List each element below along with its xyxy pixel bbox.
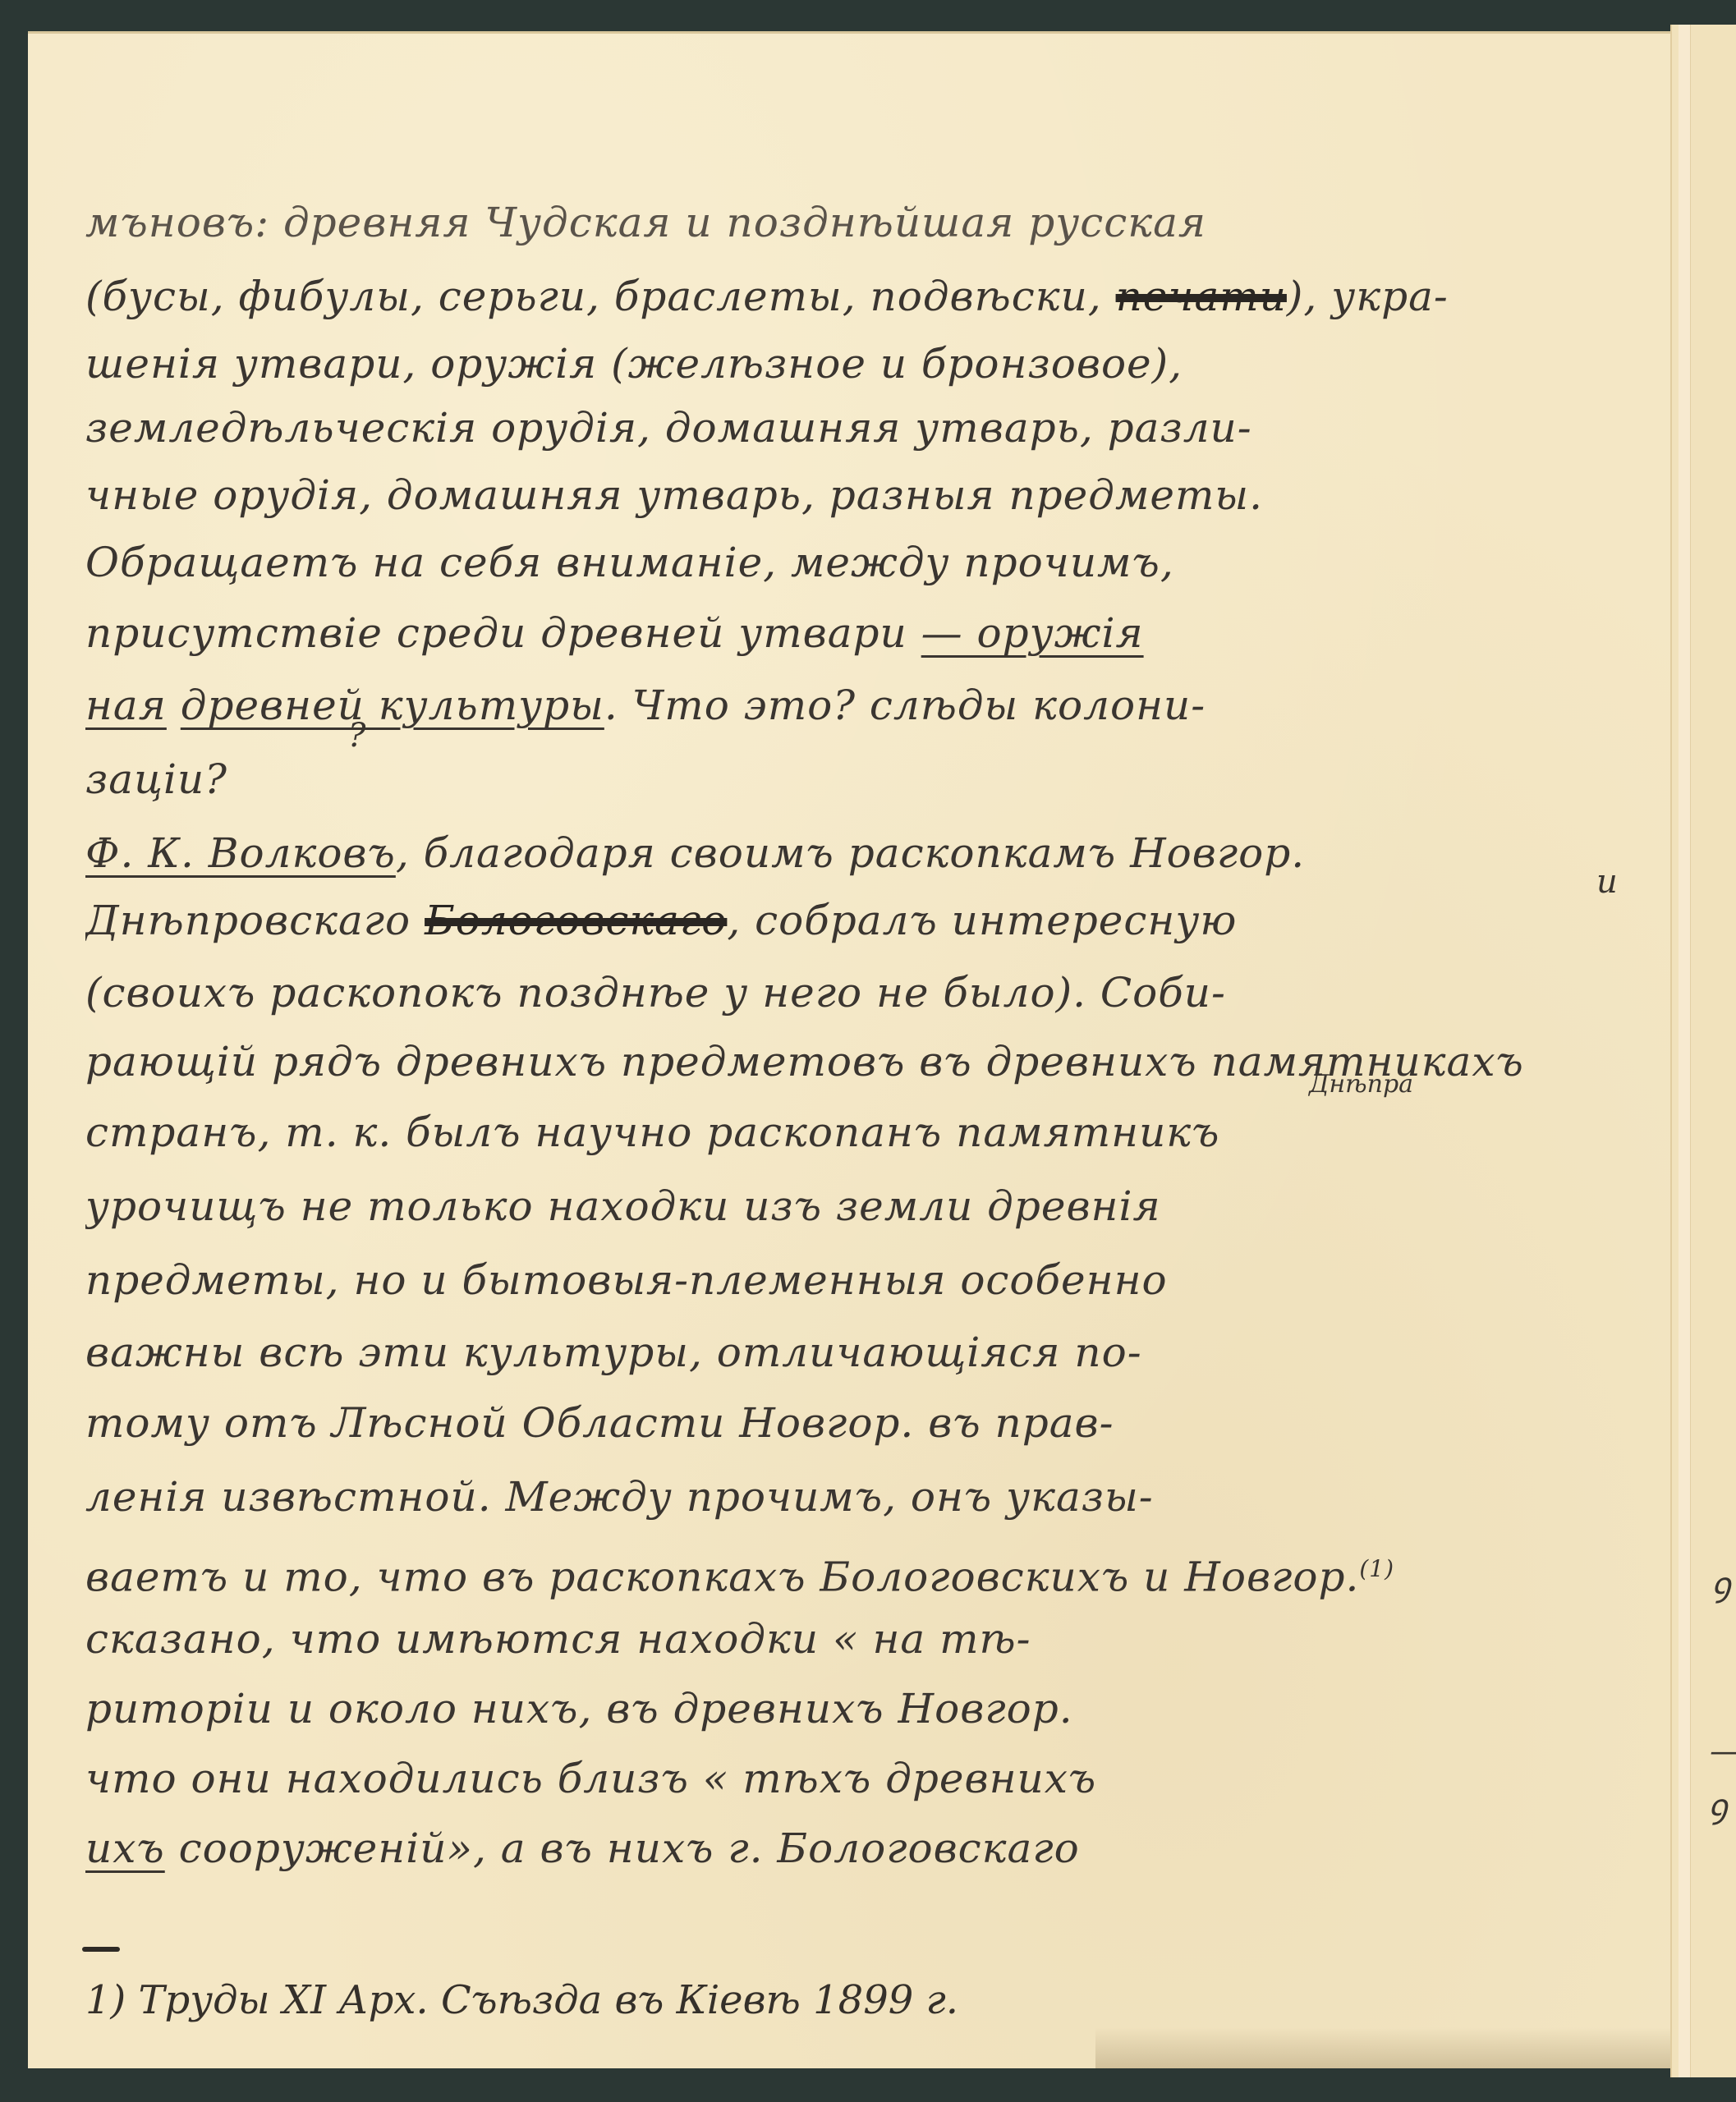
manuscript-line-8: ная древней культуры. Что это? слѣды кол… xyxy=(85,672,1621,738)
manuscript-line-5: чные орудія, домашняя утварь, разныя пре… xyxy=(85,462,1621,528)
manuscript-line-10: Ф. К. Волковъ, благодаря своимъ раскопка… xyxy=(85,820,1621,886)
manuscript-line-3: шенія утвари, оружія (желѣзное и бронзов… xyxy=(85,331,1621,397)
adjacent-page-mark: ꝯ xyxy=(1711,1560,1730,1605)
underlined-name: Ф. К. Волковъ xyxy=(85,829,396,877)
manuscript-line-17: важны всѣ эти культуры, отличающіяся по- xyxy=(85,1319,1621,1385)
line-text: странъ, т. к. былъ научно раскопанъ xyxy=(85,1108,956,1156)
interlinear-insertion: Днѣпра xyxy=(1309,1070,1413,1099)
underlined-word: — оружія xyxy=(921,609,1144,657)
manuscript-line-7: присутствіе среди древней утвари — оружі… xyxy=(85,600,1621,666)
manuscript-line-16: предметы, но и бытовыя-племенныя особенн… xyxy=(85,1247,1621,1313)
adjacent-page-mark: — xyxy=(1710,1733,1736,1770)
manuscript-line-12: (своихъ раскопокъ позднѣе у него не было… xyxy=(85,960,1621,1026)
manuscript-page: мъновъ: древняя Чудская и позднѣйшая рус… xyxy=(28,31,1670,2068)
manuscript-line-18: тому отъ Лѣсной Области Новгор. въ прав- xyxy=(85,1390,1621,1456)
line-text: ваетъ и то, что въ раскопкахъ Бологовски… xyxy=(85,1554,1359,1601)
line-text: (бусы, фибулы, серьги, браслеты, подвѣск… xyxy=(85,273,1116,320)
line-text: ), укра- xyxy=(1287,273,1449,320)
paper-stain xyxy=(1095,2027,1670,2068)
manuscript-line-1: мъновъ: древняя Чудская и позднѣйшая рус… xyxy=(85,190,1621,255)
manuscript-line-19: ленія извѣстной. Между прочимъ, онъ указ… xyxy=(85,1464,1621,1530)
struck-out-word: печати xyxy=(1116,273,1287,320)
page-fold xyxy=(1679,25,1691,2077)
manuscript-line-24: ихъ сооруженій», а въ нихъ г. Бологовска… xyxy=(85,1815,1621,1881)
footnote-separator xyxy=(82,1947,120,1952)
manuscript-line-23: что они находились близъ « тѣхъ древнихъ xyxy=(85,1746,1621,1811)
underlined-phrase: древней культуры xyxy=(181,682,604,729)
line-text: памятникъ xyxy=(956,1108,1219,1156)
manuscript-line-6: Обращаетъ на себя вниманіе, между прочим… xyxy=(85,530,1621,595)
manuscript-line-11: Днѣпровскаго Бологовскаго, собралъ интер… xyxy=(85,888,1621,953)
line-text: Днѣпровскаго xyxy=(85,897,425,944)
footnote: 1) Труды XI Арх. Съѣзда въ Кіевѣ 1899 г. xyxy=(85,1967,958,2033)
struck-out-word: Бологовскаго xyxy=(425,897,727,944)
footnote-text: Труды XI Арх. Съѣзда въ Кіевѣ 1899 г. xyxy=(139,1977,959,2023)
manuscript-line-4: земледѣльческія орудія, домашняя утварь,… xyxy=(85,395,1621,461)
adjacent-page-mark: ꝯ xyxy=(1708,1782,1727,1827)
manuscript-line-15: урочищъ не только находки изъ земли древ… xyxy=(85,1173,1621,1239)
underlined-word: ихъ xyxy=(85,1824,165,1872)
line-text: , собралъ интересную xyxy=(727,897,1237,944)
manuscript-line-2: (бусы, фибулы, серьги, браслеты, подвѣск… xyxy=(85,264,1621,329)
line-text xyxy=(167,682,181,729)
line-text: . Что это? слѣды колони- xyxy=(604,682,1206,729)
manuscript-line-22: риторіи и около нихъ, въ древнихъ Новгор… xyxy=(85,1676,1621,1742)
footnote-reference: (1) xyxy=(1359,1555,1394,1582)
manuscript-line-9: заціи? xyxy=(85,746,1621,812)
line-text: , благодаря своимъ раскопкамъ Новгор. xyxy=(396,829,1305,877)
manuscript-line-20: ваетъ и то, что въ раскопкахъ Бологовски… xyxy=(85,1536,1621,1602)
line-text: присутствіе среди древней утвари xyxy=(85,609,921,657)
line-text: сооруженій», а въ нихъ г. Бологовскаго xyxy=(165,1824,1080,1872)
footnote-marker: 1) xyxy=(85,1977,126,2023)
underlined-word: ная xyxy=(85,682,167,729)
manuscript-line-14: странъ, т. к. былъ научно раскопанъ памя… xyxy=(85,1099,1621,1165)
adjacent-page-edge: ꝯ — ꝯ xyxy=(1670,25,1736,2077)
manuscript-line-21: сказано, что имѣются находки « на тѣ- xyxy=(85,1606,1621,1672)
